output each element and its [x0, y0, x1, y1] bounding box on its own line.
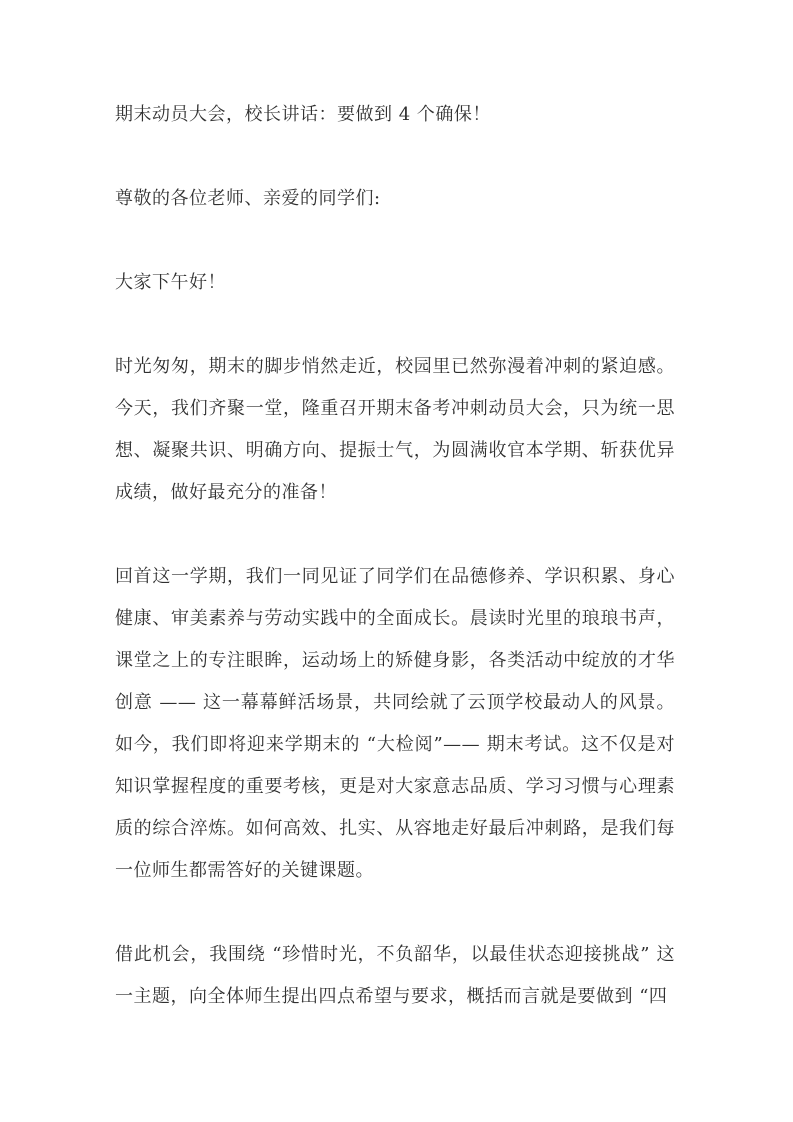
document-title: 期末动员大会，校长讲话：要做到 4 个确保！: [115, 94, 675, 136]
paragraph-semester-review: 回首这一学期，我们一同见证了同学们在品德修养、学识积累、身心健康、审美素养与劳动…: [115, 556, 675, 892]
document-page: 期末动员大会，校长讲话：要做到 4 个确保！ 尊敬的各位老师、亲爱的同学们: 大…: [0, 0, 793, 1122]
paragraph-mobilization-opening: 时光匆匆，期末的脚步悄然走近，校园里已然弥漫着冲刺的紧迫感。今天，我们齐聚一堂，…: [115, 346, 675, 514]
greeting-line: 大家下午好！: [115, 262, 675, 304]
paragraph-theme-and-requirements: 借此机会，我围绕 “珍惜时光，不负韶华，以最佳状态迎接挑战” 这一主题，向全体师…: [115, 934, 675, 1018]
salutation-line: 尊敬的各位老师、亲爱的同学们:: [115, 178, 675, 220]
